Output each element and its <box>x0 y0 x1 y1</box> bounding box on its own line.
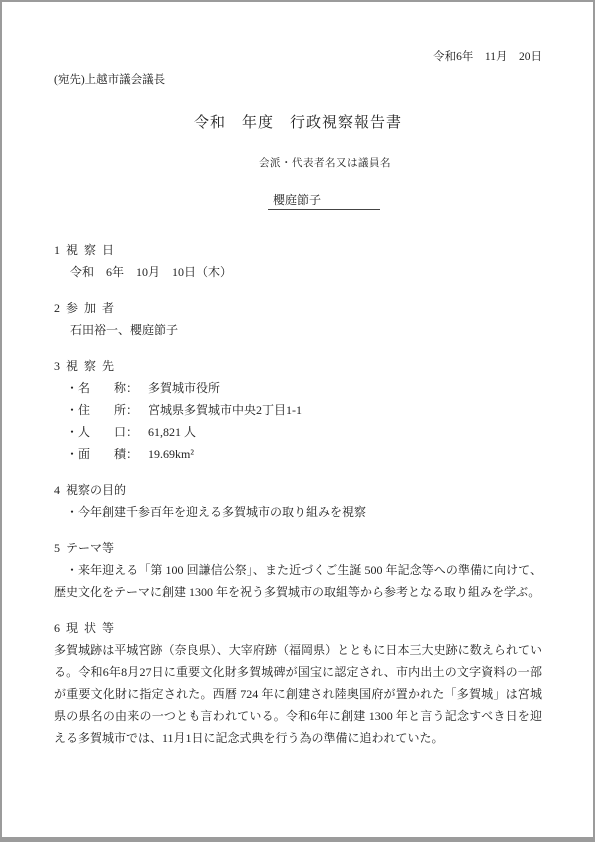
section-inspection-date: 1 視 察 日 令和 6年 10月 10日（木） <box>54 239 542 283</box>
section-heading-inspection-date: 1 視 察 日 <box>54 239 542 261</box>
page-title: 令和 年度 行政視察報告書 <box>54 112 542 134</box>
section-participants: 2 参 加 者 石田裕一、櫻庭節子 <box>54 297 542 341</box>
destination-population-row: ・人 口：61,821 人 <box>54 421 542 443</box>
section-destination: 3 視 察 先 ・名 称：多賀城市役所 ・住 所：宮城県多賀城市中央2丁目1-1… <box>54 355 542 465</box>
destination-name-row: ・名 称：多賀城市役所 <box>54 377 542 399</box>
destination-population-label: ・人 口： <box>66 425 138 439</box>
destination-population-value: 61,821 人 <box>148 425 196 439</box>
section-heading-theme: 5 テーマ等 <box>54 537 542 559</box>
report-content: 令和6年 11月 20日 (宛先)上越市議会議長 令和 年度 行政視察報告書 会… <box>54 42 542 749</box>
destination-address-row: ・住 所：宮城県多賀城市中央2丁目1-1 <box>54 399 542 421</box>
section-current-status: 6 現 状 等 多賀城跡は平城宮跡（奈良県）、大宰府跡（福岡県）とともに日本三大… <box>54 617 542 749</box>
inspection-date-value: 令和 6年 10月 10日（木） <box>54 261 542 283</box>
representative-name: 櫻庭節子 <box>268 191 380 210</box>
representative-label: 会派・代表者名又は議員名 <box>54 155 542 171</box>
participants-value: 石田裕一、櫻庭節子 <box>54 319 542 341</box>
addressee: (宛先)上越市議会議長 <box>54 72 542 88</box>
destination-address-value: 宮城県多賀城市中央2丁目1-1 <box>148 403 302 417</box>
destination-name-label: ・名 称： <box>66 381 138 395</box>
report-date: 令和6年 11月 20日 <box>54 49 542 65</box>
section-heading-destination: 3 視 察 先 <box>54 355 542 377</box>
section-heading-purpose: 4 視察の目的 <box>54 479 542 501</box>
section-purpose: 4 視察の目的 ・今年創建千参百年を迎える多賀城市の取り組みを視察 <box>54 479 542 523</box>
destination-area-row: ・面 積：19.69km² <box>54 443 542 465</box>
theme-paragraph: ・来年迎える「第 100 回謙信公祭」、また近づくご生誕 500 年記念等への準… <box>54 559 542 603</box>
current-status-paragraph: 多賀城跡は平城宮跡（奈良県）、大宰府跡（福岡県）とともに日本三大史跡に数えられて… <box>54 639 542 749</box>
destination-name-value: 多賀城市役所 <box>148 381 220 395</box>
section-theme: 5 テーマ等 ・来年迎える「第 100 回謙信公祭」、また近づくご生誕 500 … <box>54 537 542 603</box>
report-page: 令和6年 11月 20日 (宛先)上越市議会議長 令和 年度 行政視察報告書 会… <box>0 0 595 842</box>
section-heading-participants: 2 参 加 者 <box>54 297 542 319</box>
section-heading-current-status: 6 現 状 等 <box>54 617 542 639</box>
purpose-value: ・今年創建千参百年を迎える多賀城市の取り組みを視察 <box>54 501 542 523</box>
destination-address-label: ・住 所： <box>66 403 138 417</box>
destination-area-value: 19.69km² <box>148 447 194 461</box>
destination-area-label: ・面 積： <box>66 447 138 461</box>
representative-name-row: 櫻庭節子 <box>54 191 542 210</box>
